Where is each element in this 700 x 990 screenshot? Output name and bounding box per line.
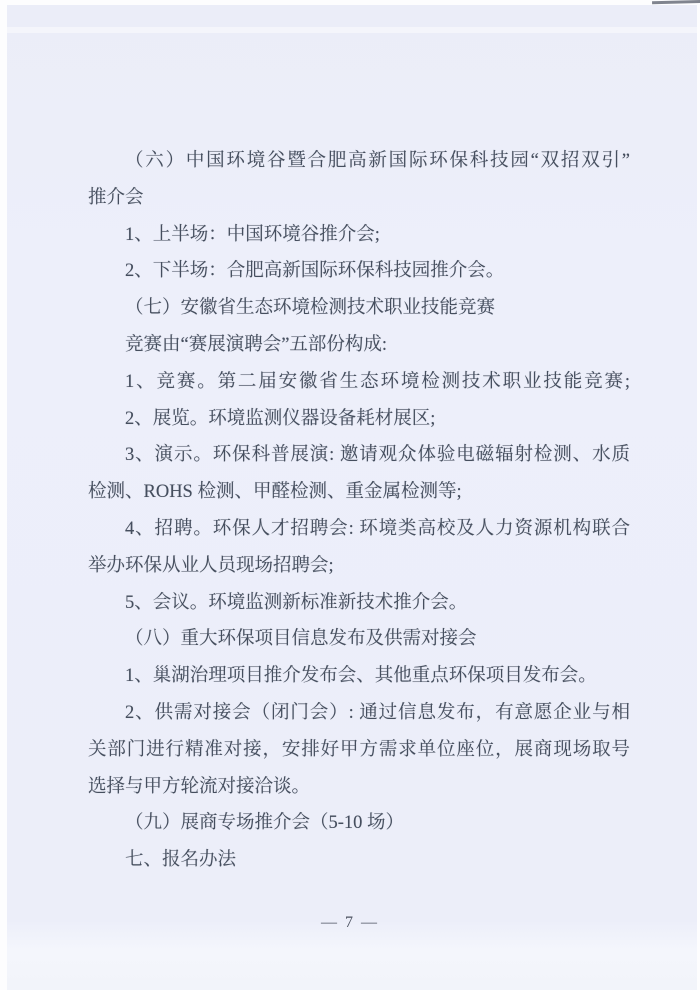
text-line: 检测、ROHS 检测、甲醛检测、重金属检测等; <box>88 474 630 511</box>
text-line: （八）重大环保项目信息发布及供需对接会 <box>88 621 630 658</box>
text-line: 1、竞赛。第二届安徽省生态环境检测技术职业技能竞赛; <box>88 364 630 401</box>
text-line: 七、报名办法 <box>88 842 630 879</box>
text-line: 竞赛由“赛展演聘会”五部份构成: <box>88 327 630 364</box>
text-line: 3、演示。环保科普展演: 邀请观众体验电磁辐射检测、水质 <box>88 437 630 474</box>
text-line: （九）展商专场推介会（5-10 场） <box>88 805 630 842</box>
text-line: 5、会议。环境监测新标准新技术推介会。 <box>88 585 630 622</box>
text-line: 关部门进行精准对接，安排好甲方需求单位座位，展商现场取号 <box>88 732 630 769</box>
text-line: 1、巢湖治理项目推介发布会、其他重点环保项目发布会。 <box>88 658 630 695</box>
text-line: 推介会 <box>88 180 630 217</box>
text-line: （六）中国环境谷暨合肥高新国际环保科技园“双招双引” <box>88 143 630 180</box>
text-line: 2、下半场：合肥高新国际环保科技园推介会。 <box>88 253 630 290</box>
text-line: 1、上半场：中国环境谷推介会; <box>88 217 630 254</box>
text-line: 2、供需对接会（闭门会）: 通过信息发布，有意愿企业与相 <box>88 695 630 732</box>
scan-corner-artifact <box>652 0 700 4</box>
text-line: 举办环保从业人员现场招聘会; <box>88 548 630 585</box>
text-line: 4、招聘。环保人才招聘会: 环境类高校及人力资源机构联合 <box>88 511 630 548</box>
document-body: （六）中国环境谷暨合肥高新国际环保科技园“双招双引”推介会1、上半场：中国环境谷… <box>88 143 630 879</box>
page-number: — 7 — <box>0 914 700 932</box>
text-line: （七）安徽省生态环境检测技术职业技能竞赛 <box>88 290 630 327</box>
text-line: 2、展览。环境监测仪器设备耗材展区; <box>88 401 630 438</box>
text-line: 选择与甲方轮流对接洽谈。 <box>88 769 630 806</box>
